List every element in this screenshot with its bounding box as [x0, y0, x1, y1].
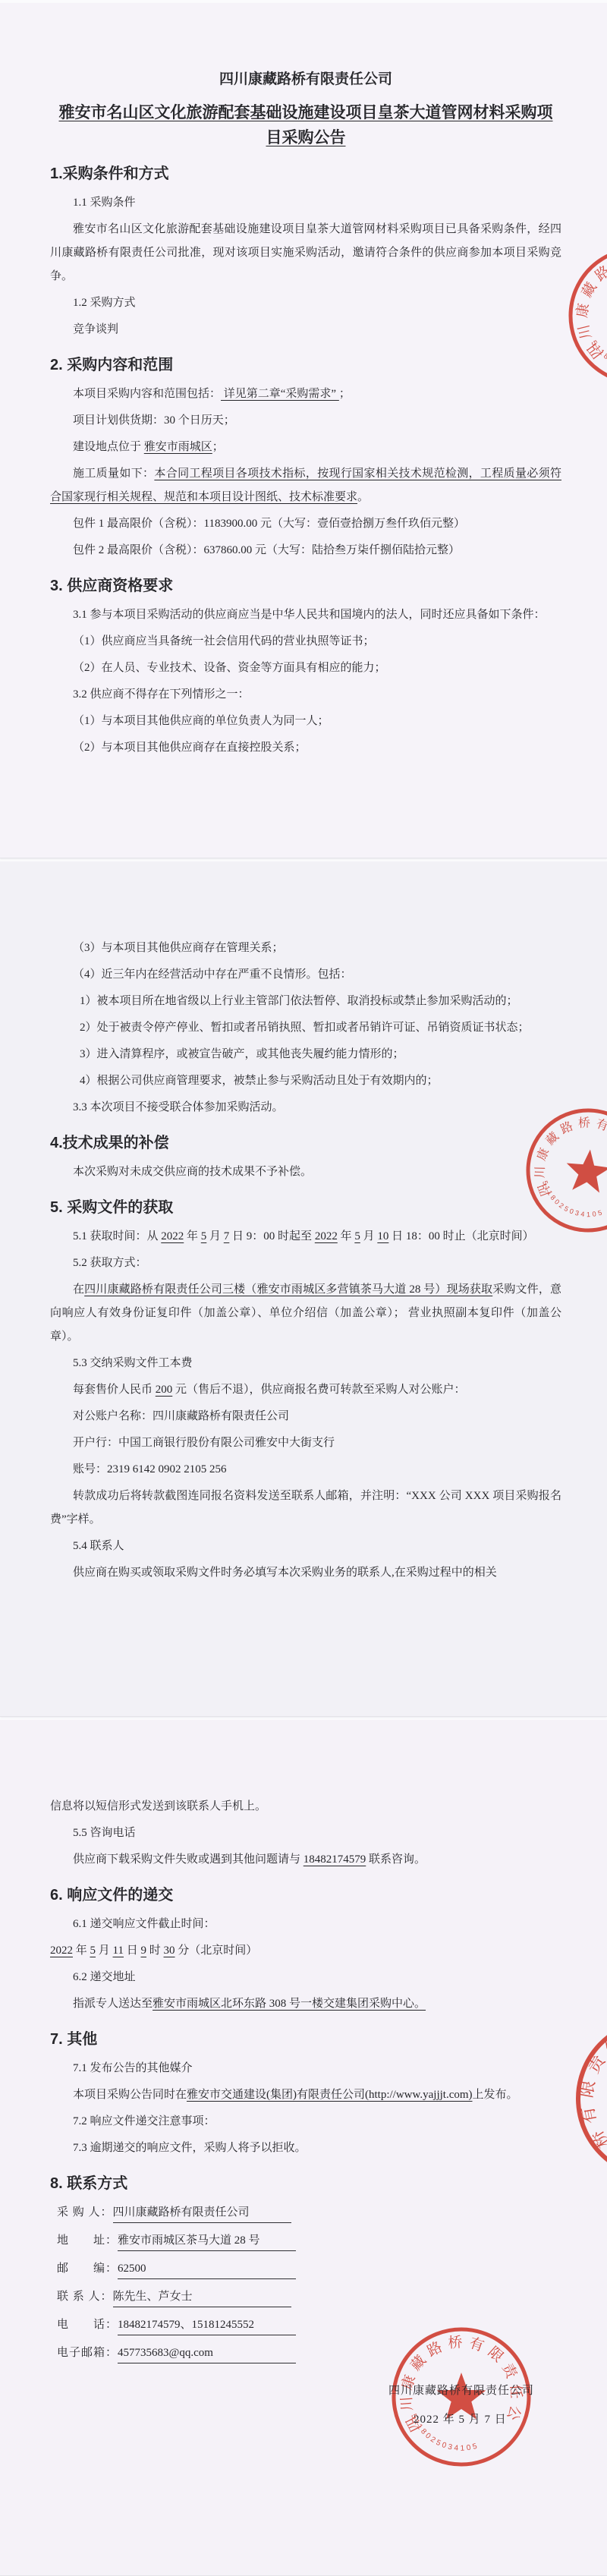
text-run: 月	[206, 1230, 224, 1242]
footer-company-name: 四川康藏路桥有限责任公司	[388, 2382, 534, 2398]
doc-p: （2）与本项目其他供应商存在直接控股关系；	[50, 736, 561, 760]
text-run: ；	[339, 388, 351, 400]
doc-title: 四川康藏路桥有限责任公司	[50, 68, 561, 91]
underlined-text: 雅安市雨城区	[144, 441, 212, 453]
page-content: 四川康藏路桥有限责任公司雅安市名山区文化旅游配套基础设施建设项目皇茶大道管网材料…	[50, 68, 561, 760]
svg-text:5118025034105: 5118025034105	[589, 328, 607, 379]
text-run: 包件 2 最高限价（含税）：637860.00 元（大写：陆拾叁万柒仟捌佰陆拾元…	[73, 544, 460, 556]
doc-p: 5.4 联系人	[50, 1535, 561, 1558]
doc-p: 建设地点位于 雅安市雨城区；	[50, 436, 561, 459]
footer-date: 2022 年 5 月 7 日	[414, 2411, 507, 2426]
doc-field: 邮 编： 62500	[50, 2257, 561, 2281]
page-3: 信息将以短信形式发送到该联系人手机上。5.5 咨询电话供应商下载采购文件失败或遇…	[0, 1720, 607, 2576]
text-run: 年	[184, 1230, 201, 1242]
text-run: 建设地点位于	[73, 441, 144, 453]
text-run: 邮 编：	[57, 2263, 118, 2275]
doc-h2: 6. 响应文件的递交	[50, 1884, 561, 1907]
doc-p: 7.3 逾期递交的响应文件，采购人将予以拒收。	[50, 2137, 561, 2160]
doc-p: 7.1 发布公告的其他媒介	[50, 2057, 561, 2080]
underlined-text: 四川康藏路桥有限责任公司三楼（雅安市雨城区多营镇茶马大道 28 号）现场获取	[84, 1283, 492, 1296]
text-run: 分（北京时间）	[175, 1945, 258, 1957]
doc-h2: 1.采购条件和方式	[50, 162, 561, 185]
svg-text:四川康藏路桥有限责任公司: 四川康藏路桥有限责任公司	[554, 232, 607, 367]
text-run: 转款成功后将转款截图连同报名资料发送至联系人邮箱，并注明：“XXX 公司 XXX…	[50, 1490, 561, 1526]
doc-p: 转款成功后将转款截图连同报名资料发送至联系人邮箱，并注明：“XXX 公司 XXX…	[50, 1485, 561, 1532]
underlined-text: 雅安市交通建设(集团)有限责任公司(http://www.yajjjt.com)	[187, 2089, 473, 2101]
text-run: 联系咨询。	[366, 1853, 426, 1866]
text-run: 月	[360, 1230, 378, 1242]
text-run: 5. 采购文件的获取	[50, 1199, 173, 1216]
doc-p: （3）与本项目其他供应商存在管理关系；	[50, 937, 561, 960]
underlined-text: 雅安市雨城区北环东路 308 号一楼交建集团采购中心。	[153, 1998, 426, 2010]
text-run: 2. 采购内容和范围	[50, 357, 173, 373]
text-run: 2）处于被责令停产停业、暂扣或者吊销执照、暂扣或者吊销许可证、吊销资质证书状态；	[80, 1022, 530, 1034]
text-run: （2）与本项目其他供应商存在直接控股关系；	[73, 742, 307, 754]
text-run: 8. 联系方式	[50, 2175, 127, 2192]
text-run: 1.2 采购方式	[73, 297, 136, 309]
underlined-text: 11	[113, 1945, 124, 1957]
seal-ring-text: 四川康藏路桥有限责任公司	[554, 232, 607, 367]
text-run: 7.1 发布公告的其他媒介	[73, 2062, 193, 2074]
doc-cont: 2022 年 5 月 11 日 9 时 30 分（北京时间）	[50, 1939, 561, 1963]
doc-p: 供应商下载采购文件失败或遇到其他问题请与 18482174579 联系咨询。	[50, 1848, 561, 1872]
text-run: 元（售后不退），供应商报名费可转款至采购人对公账户：	[172, 1384, 465, 1396]
doc-p: 账号：2319 6142 0902 2105 256	[50, 1458, 561, 1482]
underlined-text: 62500	[118, 2259, 296, 2279]
text-run: 4.技术成果的补偿	[50, 1135, 169, 1151]
doc-field: 采 购 人：四川康藏路桥有限责任公司	[50, 2201, 561, 2225]
underlined-text: 18482174579、15181245552	[118, 2315, 296, 2335]
doc-p: （4）近三年内在经营活动中存在严重不良情形。包括：	[50, 963, 561, 987]
doc-list2: 4）根据公司供应商管理要求，被禁止参与采购活动且处于有效期内的；	[50, 1069, 561, 1093]
doc-p: 包件 1 最高限价（含税）：1183900.00 元（大写：壹佰壹拾捌万叁仟玖佰…	[50, 512, 561, 536]
doc-field: 电 话：18482174579、15181245552	[50, 2313, 561, 2337]
doc-p: 5.1 获取时间：从 2022 年 5 月 7 日 9：00 时起至 2022 …	[50, 1225, 561, 1249]
text-run: 3.2 供应商不得存在下列情形之一：	[73, 688, 250, 701]
doc-p: （1）与本项目其他供应商的单位负责人为同一人；	[50, 710, 561, 733]
doc-h2: 2. 采购内容和范围	[50, 354, 561, 376]
company-seal-stamp-partial: 四川康藏路桥有限责任公司 5118025034105	[554, 232, 607, 399]
underlined-text: 四川康藏路桥有限责任公司	[113, 2203, 291, 2223]
page-2: （3）与本项目其他供应商存在管理关系；（4）近三年内在经营活动中存在严重不良情形…	[0, 861, 607, 1717]
doc-h2: 3. 供应商资格要求	[50, 575, 561, 597]
doc-p: 项目计划供货期：30 个日历天；	[50, 409, 561, 433]
text-run: 雅安市名山区文化旅游配套基础设施建设项目皇茶大道管网材料采购项目已具备采购条件，…	[50, 223, 561, 282]
text-run: 1）被本项目所在地省级以上行业主管部门依法暂停、取消投标或禁止参加采购活动的；	[80, 995, 518, 1007]
doc-p: 1.1 采购条件	[50, 191, 561, 215]
text-run: 月	[96, 1945, 113, 1957]
text-run: 5.5 咨询电话	[73, 1827, 136, 1839]
text-run: 日 18：00 时止（北京时间）	[388, 1230, 533, 1242]
text-run: 电子邮箱：	[57, 2347, 118, 2359]
doc-h2: 7. 其他	[50, 2028, 561, 2051]
text-run: 项目计划供货期：30 个日历天；	[73, 414, 235, 427]
underlined-text: 5	[90, 1945, 96, 1957]
text-run: 5.1 获取时间：从	[73, 1230, 161, 1242]
underlined-text: 18482174579	[303, 1853, 366, 1866]
text-run: 3.1 参与本项目采购活动的供应商应当是中华人民共和国境内的法人，同时还应具备如…	[73, 609, 546, 621]
text-run: 7.2 响应文件递交注意事项：	[73, 2115, 215, 2127]
text-run: 开户行：中国工商银行股份有限公司雅安中大街支行	[73, 1437, 335, 1449]
doc-list2: 3）进入清算程序，或被宣告破产，或其他丧失履约能力情形的；	[50, 1043, 561, 1066]
text-run: 竞争谈判	[73, 323, 118, 335]
page-content: （3）与本项目其他供应商存在管理关系；（4）近三年内在经营活动中存在严重不良情形…	[50, 937, 561, 1585]
doc-cont: 信息将以短信形式发送到该联系人手机上。	[50, 1795, 561, 1819]
text-run: 3.3 本次项目不接受联合体参加采购活动。	[73, 1101, 284, 1113]
text-run: 6.2 递交地址	[73, 1971, 136, 1983]
doc-p: 本项目采购内容和范围包括： 详见第二章“采购需求” ；	[50, 383, 561, 406]
underlined-text: 200	[156, 1384, 173, 1396]
text-run: 本项目采购公告同时在	[73, 2089, 187, 2101]
text-run: （2）在人员、专业技术、设备、资金等方面具有相应的能力；	[73, 662, 386, 674]
text-run: 四川康藏路桥有限责任公司	[219, 71, 392, 87]
text-run: 4）根据公司供应商管理要求，被禁止参与采购活动且处于有效期内的；	[80, 1075, 439, 1087]
text-run: 日	[124, 1945, 141, 1957]
underlined-text: 详见第二章“采购需求”	[221, 388, 339, 400]
doc-p: 每套售价人民币 200 元（售后不退），供应商报名费可转款至采购人对公账户：	[50, 1378, 561, 1402]
text-run: 6.1 递交响应文件截止时间：	[73, 1918, 215, 1930]
doc-p: 对公账户名称：四川康藏路桥有限责任公司	[50, 1405, 561, 1428]
text-run: 本项目采购内容和范围包括：	[73, 388, 221, 400]
doc-h2: 5. 采购文件的获取	[50, 1196, 561, 1219]
doc-p: 在四川康藏路桥有限责任公司三楼（雅安市雨城区多营镇茶马大道 28 号）现场获取采…	[50, 1278, 561, 1349]
underlined-text: 457735683@qq.com	[118, 2343, 296, 2363]
seal-number-text: 5118025034105	[589, 328, 607, 379]
text-run: 3）进入清算程序，或被宣告破产，或其他丧失履约能力情形的；	[80, 1048, 404, 1060]
text-run: 供应商在购买或领取采购文件时务必填写本次采购业务的联系人,在采购过程中的相关	[73, 1567, 497, 1579]
underlined-text: 2022	[315, 1230, 338, 1242]
doc-subtitle: 雅安市名山区文化旅游配套基础设施建设项目皇茶大道管网材料采购项目采购公告	[53, 100, 558, 150]
underlined-text: 雅安市名山区文化旅游配套基础设施建设项目皇茶大道管网材料采购项目采购公告	[59, 104, 553, 146]
underlined-text: 2022	[50, 1945, 73, 1957]
doc-p: 6.2 递交地址	[50, 1966, 561, 1989]
text-run: 上发布。	[473, 2089, 518, 2101]
doc-list2: 1）被本项目所在地省级以上行业主管部门依法暂停、取消投标或禁止参加采购活动的；	[50, 990, 561, 1013]
underlined-text: 5	[354, 1230, 360, 1242]
doc-p: 雅安市名山区文化旅游配套基础设施建设项目皇茶大道管网材料采购项目已具备采购条件，…	[50, 218, 561, 288]
doc-p: 供应商在购买或领取采购文件时务必填写本次采购业务的联系人,在采购过程中的相关	[50, 1561, 561, 1585]
text-run: 地 址：	[57, 2234, 118, 2247]
text-run: 5.3 交纳采购文件工本费	[73, 1357, 193, 1369]
doc-p: 3.3 本次项目不接受联合体参加采购活动。	[50, 1096, 561, 1120]
text-run: 在	[73, 1283, 84, 1296]
doc-p: 5.5 咨询电话	[50, 1822, 561, 1845]
text-run: 账号：2319 6142 0902 2105 256	[73, 1463, 227, 1475]
text-run: 采 购 人：	[57, 2206, 113, 2219]
text-run: 施工质量如下：	[73, 468, 154, 480]
text-run: 本次采购对未成交供应商的技术成果不予补偿。	[73, 1166, 312, 1178]
text-run: 时	[146, 1945, 164, 1957]
doc-p: 指派专人送达至雅安市雨城区北环东路 308 号一楼交建集团采购中心。	[50, 1992, 561, 2016]
text-run: 指派专人送达至	[73, 1998, 153, 2010]
text-run: （3）与本项目其他供应商存在管理关系；	[73, 942, 284, 954]
doc-p: （2）在人员、专业技术、设备、资金等方面具有相应的能力；	[50, 657, 561, 680]
doc-p: 5.3 交纳采购文件工本费	[50, 1352, 561, 1375]
doc-field: 地 址：雅安市雨城区茶马大道 28 号	[50, 2229, 561, 2253]
underlined-text: 9	[141, 1945, 147, 1957]
underlined-text: 雅安市雨城区茶马大道 28 号	[118, 2231, 296, 2251]
text-run: 日 9：00 时起至	[229, 1230, 315, 1242]
text-run: 3. 供应商资格要求	[50, 578, 173, 594]
page-1: 四川康藏路桥有限责任公司雅安市名山区文化旅游配套基础设施建设项目皇茶大道管网材料…	[0, 3, 607, 858]
text-run: （1）供应商应当具备统一社会信用代码的营业执照等证书；	[73, 635, 375, 647]
text-run: 包件 1 最高限价（含税）：1183900.00 元（大写：壹佰壹拾捌万叁仟玖佰…	[73, 518, 465, 530]
text-run: 供应商下载采购文件失败或遇到其他问题请与	[73, 1853, 303, 1866]
doc-p: 施工质量如下：本合同工程项目各项技术指标，按现行国家相关技术规范检测，工程质量必…	[50, 462, 561, 509]
underlined-text: 30	[164, 1945, 175, 1957]
text-run: 5.2 获取方式：	[73, 1257, 147, 1269]
star-icon	[564, 1148, 607, 1194]
text-run: 每套售价人民币	[73, 1384, 156, 1396]
text-run: 年	[73, 1945, 90, 1957]
text-run: 联 系 人：	[57, 2291, 113, 2303]
doc-h2: 8. 联系方式	[50, 2172, 561, 2195]
doc-p: 包件 2 最高限价（含税）：637860.00 元（大写：陆拾叁万柒仟捌佰陆拾元…	[50, 539, 561, 562]
doc-p: 本次采购对未成交供应商的技术成果不予补偿。	[50, 1160, 561, 1184]
text-run: 对公账户名称：四川康藏路桥有限责任公司	[73, 1410, 289, 1422]
text-run: 电 话：	[57, 2319, 118, 2331]
text-run: （1）与本项目其他供应商的单位负责人为同一人；	[73, 715, 329, 727]
doc-p: 7.2 响应文件递交注意事项：	[50, 2110, 561, 2134]
doc-p: （1）供应商应当具备统一社会信用代码的营业执照等证书；	[50, 630, 561, 653]
text-run: 1.采购条件和方式	[50, 165, 169, 182]
doc-p: 本项目采购公告同时在雅安市交通建设(集团)有限责任公司(http://www.y…	[50, 2083, 561, 2107]
doc-list2: 2）处于被责令停产停业、暂扣或者吊销执照、暂扣或者吊销许可证、吊销资质证书状态；	[50, 1016, 561, 1040]
underlined-text: 陈先生、芦女士	[113, 2287, 291, 2307]
doc-field: 联 系 人： 陈先生、芦女士	[50, 2285, 561, 2309]
text-run: 5.4 联系人	[73, 1540, 124, 1552]
doc-p: 6.1 递交响应文件截止时间：	[50, 1913, 561, 1936]
doc-p: 5.2 获取方式：	[50, 1252, 561, 1275]
page-content: 信息将以短信形式发送到该联系人手机上。5.5 咨询电话供应商下载采购文件失败或遇…	[50, 1795, 561, 2365]
text-run: （4）近三年内在经营活动中存在严重不良情形。包括：	[73, 968, 352, 981]
doc-p: 1.2 采购方式	[50, 291, 561, 315]
text-run: 7.3 逾期递交的响应文件，采购人将予以拒收。	[73, 2142, 307, 2154]
scanned-document: 四川康藏路桥有限责任公司雅安市名山区文化旅游配套基础设施建设项目皇茶大道管网材料…	[0, 0, 607, 2576]
text-run: 年	[338, 1230, 355, 1242]
doc-h2: 4.技术成果的补偿	[50, 1132, 561, 1154]
text-run: 信息将以短信形式发送到该联系人手机上。	[50, 1800, 266, 1812]
doc-p: 开户行：中国工商银行股份有限公司雅安中大街支行	[50, 1431, 561, 1455]
text-run: 1.1 采购条件	[73, 197, 136, 209]
doc-p: 3.2 供应商不得存在下列情形之一：	[50, 683, 561, 707]
underlined-text: 2022	[161, 1230, 184, 1242]
text-run: 7. 其他	[50, 2031, 97, 2048]
underlined-text: 10	[377, 1230, 388, 1242]
doc-p: 3.1 参与本项目采购活动的供应商应当是中华人民共和国境内的法人，同时还应具备如…	[50, 603, 561, 627]
text-run: 6. 响应文件的递交	[50, 1887, 173, 1904]
doc-p: 竞争谈判	[50, 318, 561, 342]
text-run: ；	[212, 441, 224, 453]
text-run: 。	[357, 491, 369, 503]
doc-field: 电子邮箱： 457735683@qq.com	[50, 2341, 561, 2365]
